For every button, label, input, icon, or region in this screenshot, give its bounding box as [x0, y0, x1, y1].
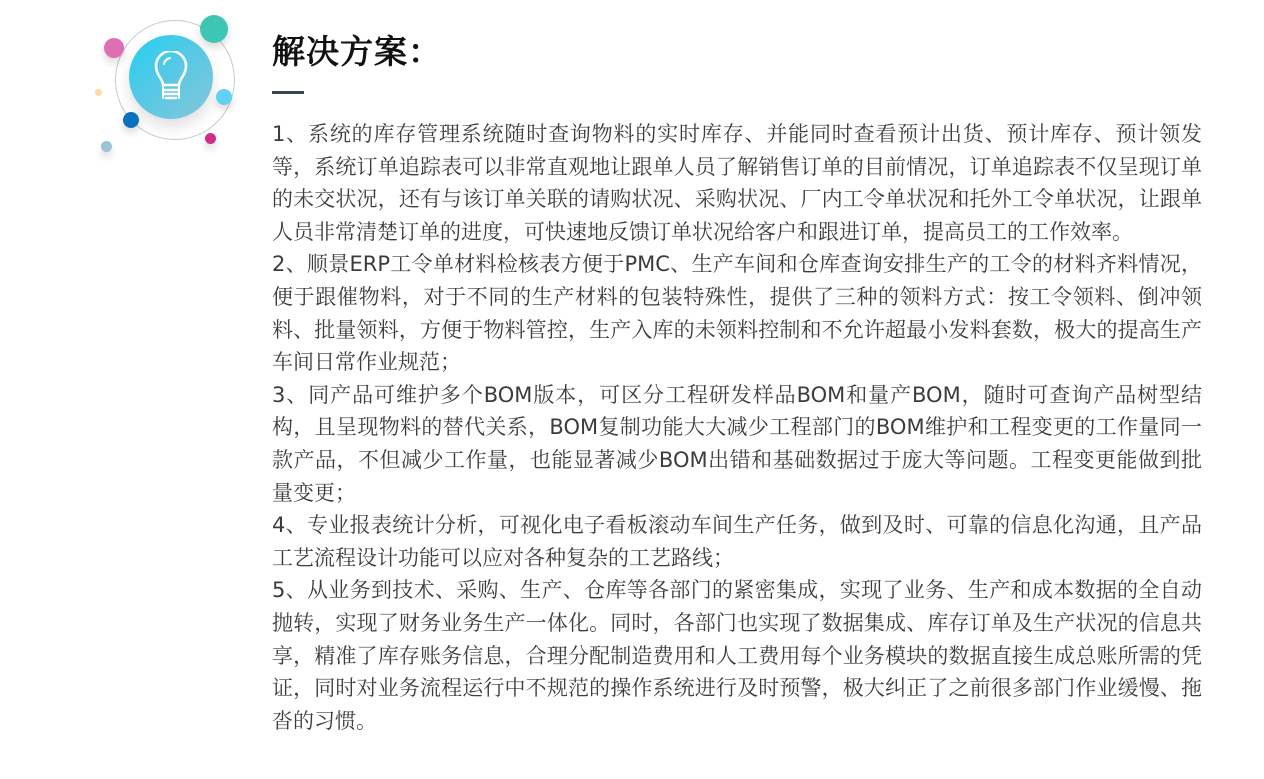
lightbulb-badge	[129, 35, 213, 119]
solution-item-3: 3、同产品可维护多个BOM版本，可区分工程研发样品BOM和量产BOM，随时可查询…	[272, 379, 1202, 509]
decor-dot-grey-blue	[101, 141, 112, 152]
decor-dot-pink	[104, 38, 124, 58]
solution-item-5: 5、从业务到技术、采购、生产、仓库等各部门的紧密集成，实现了业务、生产和成本数据…	[272, 574, 1202, 737]
decor-dot-teal	[200, 15, 228, 43]
solution-illustration	[85, 8, 255, 168]
lightbulb-icon	[151, 51, 191, 103]
title-divider	[272, 91, 304, 94]
solution-item-1: 1、系统的库存管理系统随时查询物料的实时库存、并能同时查看预计出货、预计库存、预…	[272, 118, 1202, 248]
decor-dot-dark-blue	[123, 112, 139, 128]
decor-dot-yellow	[95, 89, 102, 96]
solution-item-2: 2、顺景ERP工令单材料检核表方便于PMC、生产车间和仓库查询安排生产的工令的材…	[272, 248, 1202, 378]
page-title: 解决方案：	[272, 26, 442, 73]
solution-item-4: 4、专业报表统计分析，可视化电子看板滚动车间生产任务，做到及时、可靠的信息化沟通…	[272, 509, 1202, 574]
solution-content: 1、系统的库存管理系统随时查询物料的实时库存、并能同时查看预计出货、预计库存、预…	[272, 118, 1202, 737]
decor-dot-light-blue	[216, 89, 232, 105]
decor-dot-magenta	[205, 133, 216, 144]
